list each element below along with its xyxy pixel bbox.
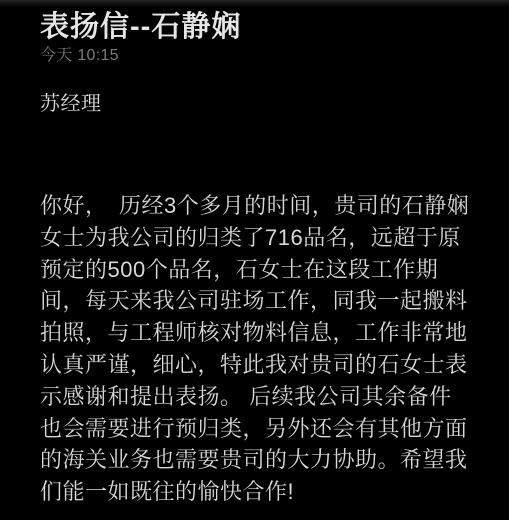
message-timestamp: 今天 10:15 bbox=[40, 46, 119, 66]
salutation: 苏经理 bbox=[40, 91, 102, 117]
message-title: 表扬信--石静娴 bbox=[40, 8, 489, 46]
message-body: 你好， 历经3个多月的时间，贵司的石静娴女士为我公司的归类了716品名，远超于原… bbox=[40, 190, 470, 508]
message-view: 表扬信--石静娴 今天 10:15 苏经理 你好， 历经3个多月的时间，贵司的石… bbox=[0, 0, 509, 520]
top-edge-highlight bbox=[0, 0, 509, 7]
